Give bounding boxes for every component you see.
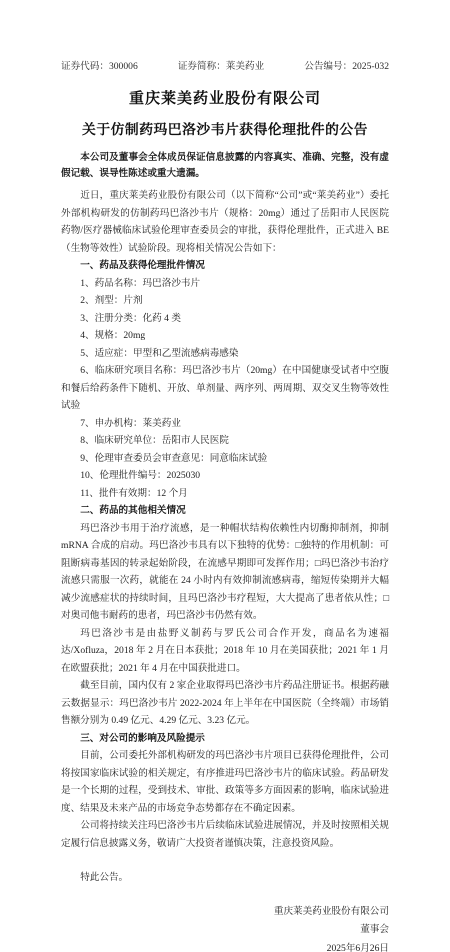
closing-statement: 特此公告。	[61, 869, 389, 887]
section-3-paragraph-1: 目前，公司委托外部机构研发的玛巴洛沙韦片项目已获得伦理批件，公司将按国家临床试验…	[61, 747, 389, 817]
stock-name-label: 证券简称：莱美药业	[178, 58, 264, 72]
section-1-item-8: 8、临床研究单位：岳阳市人民医院	[61, 432, 389, 450]
section-1-heading: 一、药品及获得伦理批件情况	[61, 257, 389, 275]
section-2-paragraph-2: 玛巴洛沙韦是由盐野义制药与罗氏公司合作开发，商品名为速福达/Xofluza，20…	[61, 625, 389, 678]
section-1-item-1: 1、药品名称：玛巴洛沙韦片	[61, 275, 389, 293]
section-2-heading: 二、药品的其他相关情况	[61, 502, 389, 520]
section-3-heading: 三、对公司的影响及风险提示	[61, 730, 389, 748]
stock-code-label: 证券代码：300006	[61, 58, 138, 72]
section-1-item-4: 4、规格：20mg	[61, 327, 389, 345]
section-1-item-11: 11、批件有效期：12 个月	[61, 485, 389, 503]
intro-paragraph: 近日，重庆莱美药业股份有限公司（以下简称“公司”或“莱美药业”）委托外部机构研发…	[61, 187, 389, 257]
company-title: 重庆莱美药业股份有限公司	[61, 87, 389, 108]
section-1-item-2: 2、剂型：片剂	[61, 292, 389, 310]
announcement-document: 证券代码：300006 证券简称：莱美药业 公告编号：2025-032 重庆莱美…	[0, 0, 450, 952]
document-header: 证券代码：300006 证券简称：莱美药业 公告编号：2025-032	[61, 58, 389, 72]
document-body: 近日，重庆莱美药业股份有限公司（以下简称“公司”或“莱美药业”）委托外部机构研发…	[61, 187, 389, 887]
section-1-item-6: 6、临床研究项目名称：玛巴洛沙韦片（20mg）在中国健康受试者中空腹和餐后给药条…	[61, 362, 389, 415]
signature-company: 重庆莱美药业股份有限公司	[61, 903, 389, 922]
signature-block: 重庆莱美药业股份有限公司 董事会 2025年6月26日	[61, 903, 389, 952]
announcement-number-label: 公告编号：2025-032	[304, 58, 389, 72]
section-1-item-5: 5、适应症：甲型和乙型流感病毒感染	[61, 345, 389, 363]
announcement-title: 关于仿制药玛巴洛沙韦片获得伦理批件的公告	[61, 118, 389, 138]
section-2-paragraph-3: 截至目前，国内仅有 2 家企业取得玛巴洛沙韦片药品注册证书。根据药融云数据显示：…	[61, 677, 389, 730]
signature-date: 2025年6月26日	[61, 940, 389, 952]
section-3-paragraph-2: 公司将持续关注玛巴洛沙韦片后续临床试验进展情况，并及时按照相关规定履行信息披露义…	[61, 817, 389, 852]
signature-board: 董事会	[61, 921, 389, 940]
disclaimer-statement: 本公司及董事会全体成员保证信息披露的内容真实、准确、完整，没有虚假记载、误导性陈…	[61, 150, 389, 182]
section-1-item-10: 10、伦理批件编号：2025030	[61, 467, 389, 485]
section-1-item-7: 7、申办机构：莱美药业	[61, 415, 389, 433]
section-1-item-9: 9、伦理审查委员会审查意见：同意临床试验	[61, 450, 389, 468]
section-1-item-3: 3、注册分类：化药 4 类	[61, 310, 389, 328]
section-2-paragraph-1: 玛巴洛沙韦用于治疗流感，是一种帽状结构依赖性内切酶抑制剂，抑制mRNA 合成的启…	[61, 520, 389, 625]
